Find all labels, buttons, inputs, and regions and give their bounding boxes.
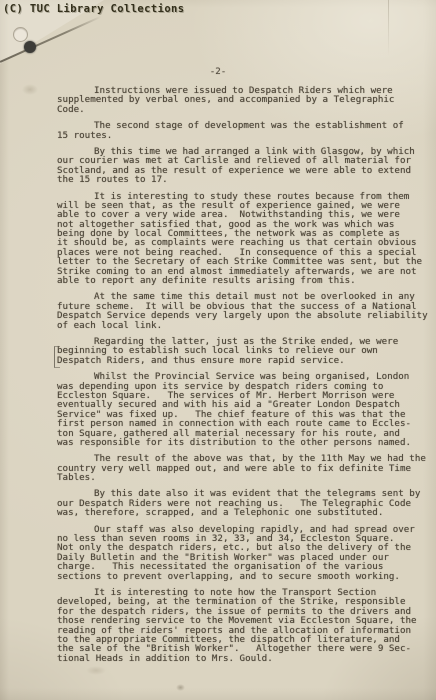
text-line: tional Heads in addition to Mrs. Gould.: [57, 654, 435, 663]
page-number: -2-: [0, 66, 436, 77]
text-line: The second stage of development was the …: [57, 121, 435, 130]
paragraph: By this date also it was evident that th…: [57, 489, 435, 517]
text-line: was, therefore, scrapped, and a Telephon…: [57, 508, 435, 517]
paragraph: Instructions were issued to Despatch Rid…: [57, 86, 435, 114]
margin-bracket-annotation: [54, 346, 60, 368]
text-line: Despatch Riders, and thus ensure more ra…: [57, 356, 435, 365]
paragraph: At the same time this detail must not be…: [57, 292, 435, 330]
text-line: Tables.: [57, 473, 435, 482]
paragraph: Whilst the Provincial Service was being …: [57, 372, 435, 447]
text-line: country very well mapped out, and were a…: [57, 464, 435, 473]
paper-crease: [388, 0, 389, 56]
punch-hole: [24, 41, 36, 53]
text-line: able to report any definite results aris…: [57, 276, 435, 285]
text-line: supplemented by verbal ones, and accompa…: [57, 95, 435, 104]
text-line: sections to prevent overlapping, and to …: [57, 572, 435, 581]
paper-smudge: [86, 666, 106, 675]
paper-smudge: [205, 643, 219, 651]
text-line: Code.: [57, 105, 435, 114]
paper-smudge: [22, 84, 38, 95]
text-line: 15 routes.: [57, 131, 435, 140]
paragraph: The second stage of development was the …: [57, 121, 435, 140]
paper-smudge: [176, 684, 185, 691]
paragraph: It is interesting to note how the Transp…: [57, 588, 435, 663]
document-body: Instructions were issued to Despatch Rid…: [57, 86, 435, 670]
scanned-page: (C) TUC Library Collections -2- Instruct…: [0, 0, 436, 700]
paragraph: It is interesting to study these routes …: [57, 192, 435, 286]
text-line: the 15 routes to 17.: [57, 175, 435, 184]
paragraph: The result of the above was that, by the…: [57, 454, 435, 482]
paragraph: By this time we had arranged a link with…: [57, 147, 435, 185]
paragraph: Regarding the latter, just as the Strike…: [57, 337, 435, 365]
watermark-text: (C) TUC Library Collections: [3, 3, 184, 15]
text-line: of each local link.: [57, 321, 435, 330]
paragraph: Our staff was also developing rapidly, a…: [57, 525, 435, 581]
hole-reinforcement-ring: [13, 27, 28, 42]
text-line: was responsible for its distribution to …: [57, 438, 435, 447]
